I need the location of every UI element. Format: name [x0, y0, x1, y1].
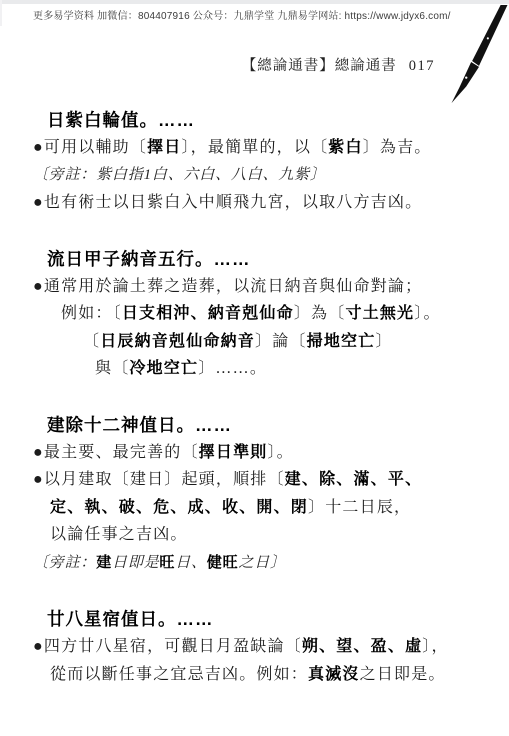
emphasis-run: 日支相沖、納音剋仙命 [122, 305, 294, 322]
text-line: 定、執、破、危、成、收、開、閉〕十二日辰， [33, 494, 493, 522]
section-heading: 建除十二神值日。…… [33, 411, 493, 439]
text-run: 〕， [422, 638, 448, 655]
text-line: ●也有術士以日紫白入中順飛九宮，以取八方吉凶。 [33, 189, 493, 217]
text-run: 例如：〔 [61, 305, 122, 322]
text-run: 〕 [375, 333, 392, 350]
book-page: 更多易学资料 加微信：804407916 公众号：九鼎学堂 九鼎易学网站: ht… [0, 0, 509, 736]
text-run: ●最主要、最完善的〔 [33, 444, 199, 461]
text-run: 〕為〔 [294, 305, 346, 322]
text-run: 〕。 [267, 444, 293, 461]
section: 流日甲子納音五行。……●通常用於論土葬之造葬，以流日納音與仙命對論；例如：〔日支… [33, 245, 493, 383]
section-heading: 流日甲子納音五行。…… [33, 245, 493, 273]
emphasis-run: 日辰納音剋仙命納音 [100, 333, 255, 350]
page-content: 日紫白輪值。……●可用以輔助〔擇日〕，最簡單的，以〔紫白〕為吉。〔旁註：紫白指1… [33, 106, 493, 716]
emphasis-run: 建、除、滿、平、 [285, 471, 423, 488]
text-line: ●通常用於論土葬之造葬，以流日納音與仙命對論； [33, 273, 493, 301]
text-run: ●也有術士以日紫白入中順飛九宮，以取八方吉凶。 [33, 194, 422, 211]
text-run: 〕。 [414, 305, 440, 322]
emphasis-run: 掃地空亡 [307, 333, 376, 350]
text-line: ●以月建取〔建日〕起頭，順排〔建、除、滿、平、 [33, 466, 493, 494]
emphasis-run: 擇日 [147, 139, 181, 156]
text-run: 〔旁註： [33, 555, 96, 571]
promo-header-text: 更多易学资料 加微信：804407916 公众号：九鼎学堂 九鼎易学网站: ht… [33, 7, 473, 22]
text-line: 〔日辰納音剋仙命納音〕論〔掃地空亡〕 [33, 328, 493, 356]
text-run: 日、 [175, 555, 207, 571]
emphasis-run: 寸土無光 [345, 305, 414, 322]
emphasis-run: 旺 [159, 554, 175, 571]
page-header: 【總論通書】總論通書017 [242, 54, 435, 75]
text-run: 以論任事之吉凶。 [50, 526, 188, 543]
text-run: 〕……。 [198, 360, 267, 377]
emphasis-run: 朔、望、盈、虛 [302, 638, 422, 655]
scan-edge-top [0, 0, 509, 4]
side-note-line: 〔旁註：建日即是旺日、健旺之日〕 [33, 549, 493, 578]
text-line: 例如：〔日支相沖、納音剋仙命〕為〔寸土無光〕。 [33, 300, 493, 328]
emphasis-run: 定、執、破、危、成、收、開、閉 [50, 499, 308, 516]
text-run: 與〔 [95, 360, 129, 377]
text-run: 〕十二日辰， [308, 499, 411, 516]
text-run: 〕論〔 [255, 333, 307, 350]
text-run: 日即是 [112, 555, 159, 571]
scan-edge-left [0, 0, 2, 26]
emphasis-run: 冷地空亡 [129, 360, 198, 377]
section-heading: 日紫白輪值。…… [33, 106, 493, 134]
side-note-line: 〔旁註：紫白指1白、六白、八白、九紫〕 [33, 162, 493, 190]
text-line: ●最主要、最完善的〔擇日準則〕。 [33, 439, 493, 467]
page-number: 017 [409, 58, 435, 74]
text-run: 之日〕 [238, 555, 285, 571]
text-run: 〔旁註：紫白指1白、六白、八白、九紫〕 [33, 167, 326, 183]
text-run: 〔 [83, 333, 100, 350]
text-line: 與〔冷地空亡〕……。 [33, 355, 493, 383]
emphasis-run: 擇日準則 [199, 444, 268, 461]
text-run: 從而以斷任事之宜忌吉凶。例如： [50, 666, 308, 683]
text-run: 之日即是。 [360, 666, 446, 683]
section: 建除十二神值日。……●最主要、最完善的〔擇日準則〕。●以月建取〔建日〕起頭，順排… [33, 411, 493, 578]
section: 日紫白輪值。……●可用以輔助〔擇日〕，最簡單的，以〔紫白〕為吉。〔旁註：紫白指1… [33, 106, 493, 217]
emphasis-run: 真滅沒 [308, 666, 360, 683]
text-line: 從而以斷任事之宜忌吉凶。例如：真滅沒之日即是。 [33, 661, 493, 689]
text-run: 〕，最簡單的，以〔 [181, 139, 328, 156]
text-run: 〕為吉。 [363, 139, 432, 156]
section-heading: 廿八星宿值日。…… [33, 605, 493, 633]
text-run: ●可用以輔助〔 [33, 139, 147, 156]
emphasis-run: 健旺 [207, 554, 239, 571]
text-line: ●四方廿八星宿，可觀日月盈缺論〔朔、望、盈、虛〕， [33, 633, 493, 661]
text-line: ●可用以輔助〔擇日〕，最簡單的，以〔紫白〕為吉。 [33, 134, 493, 162]
emphasis-run: 紫白 [328, 139, 362, 156]
calligraphy-brush-icon [449, 5, 509, 113]
chapter-title: 【總論通書】總論通書 [242, 58, 397, 74]
emphasis-run: 建 [96, 554, 112, 571]
text-run: ●通常用於論土葬之造葬，以流日納音與仙命對論； [33, 278, 422, 295]
text-run: ●四方廿八星宿，可觀日月盈缺論〔 [33, 638, 302, 655]
section: 廿八星宿值日。……●四方廿八星宿，可觀日月盈缺論〔朔、望、盈、虛〕，從而以斷任事… [33, 605, 493, 688]
text-line: 以論任事之吉凶。 [33, 521, 493, 549]
text-run: ●以月建取〔建日〕起頭，順排〔 [33, 471, 285, 488]
